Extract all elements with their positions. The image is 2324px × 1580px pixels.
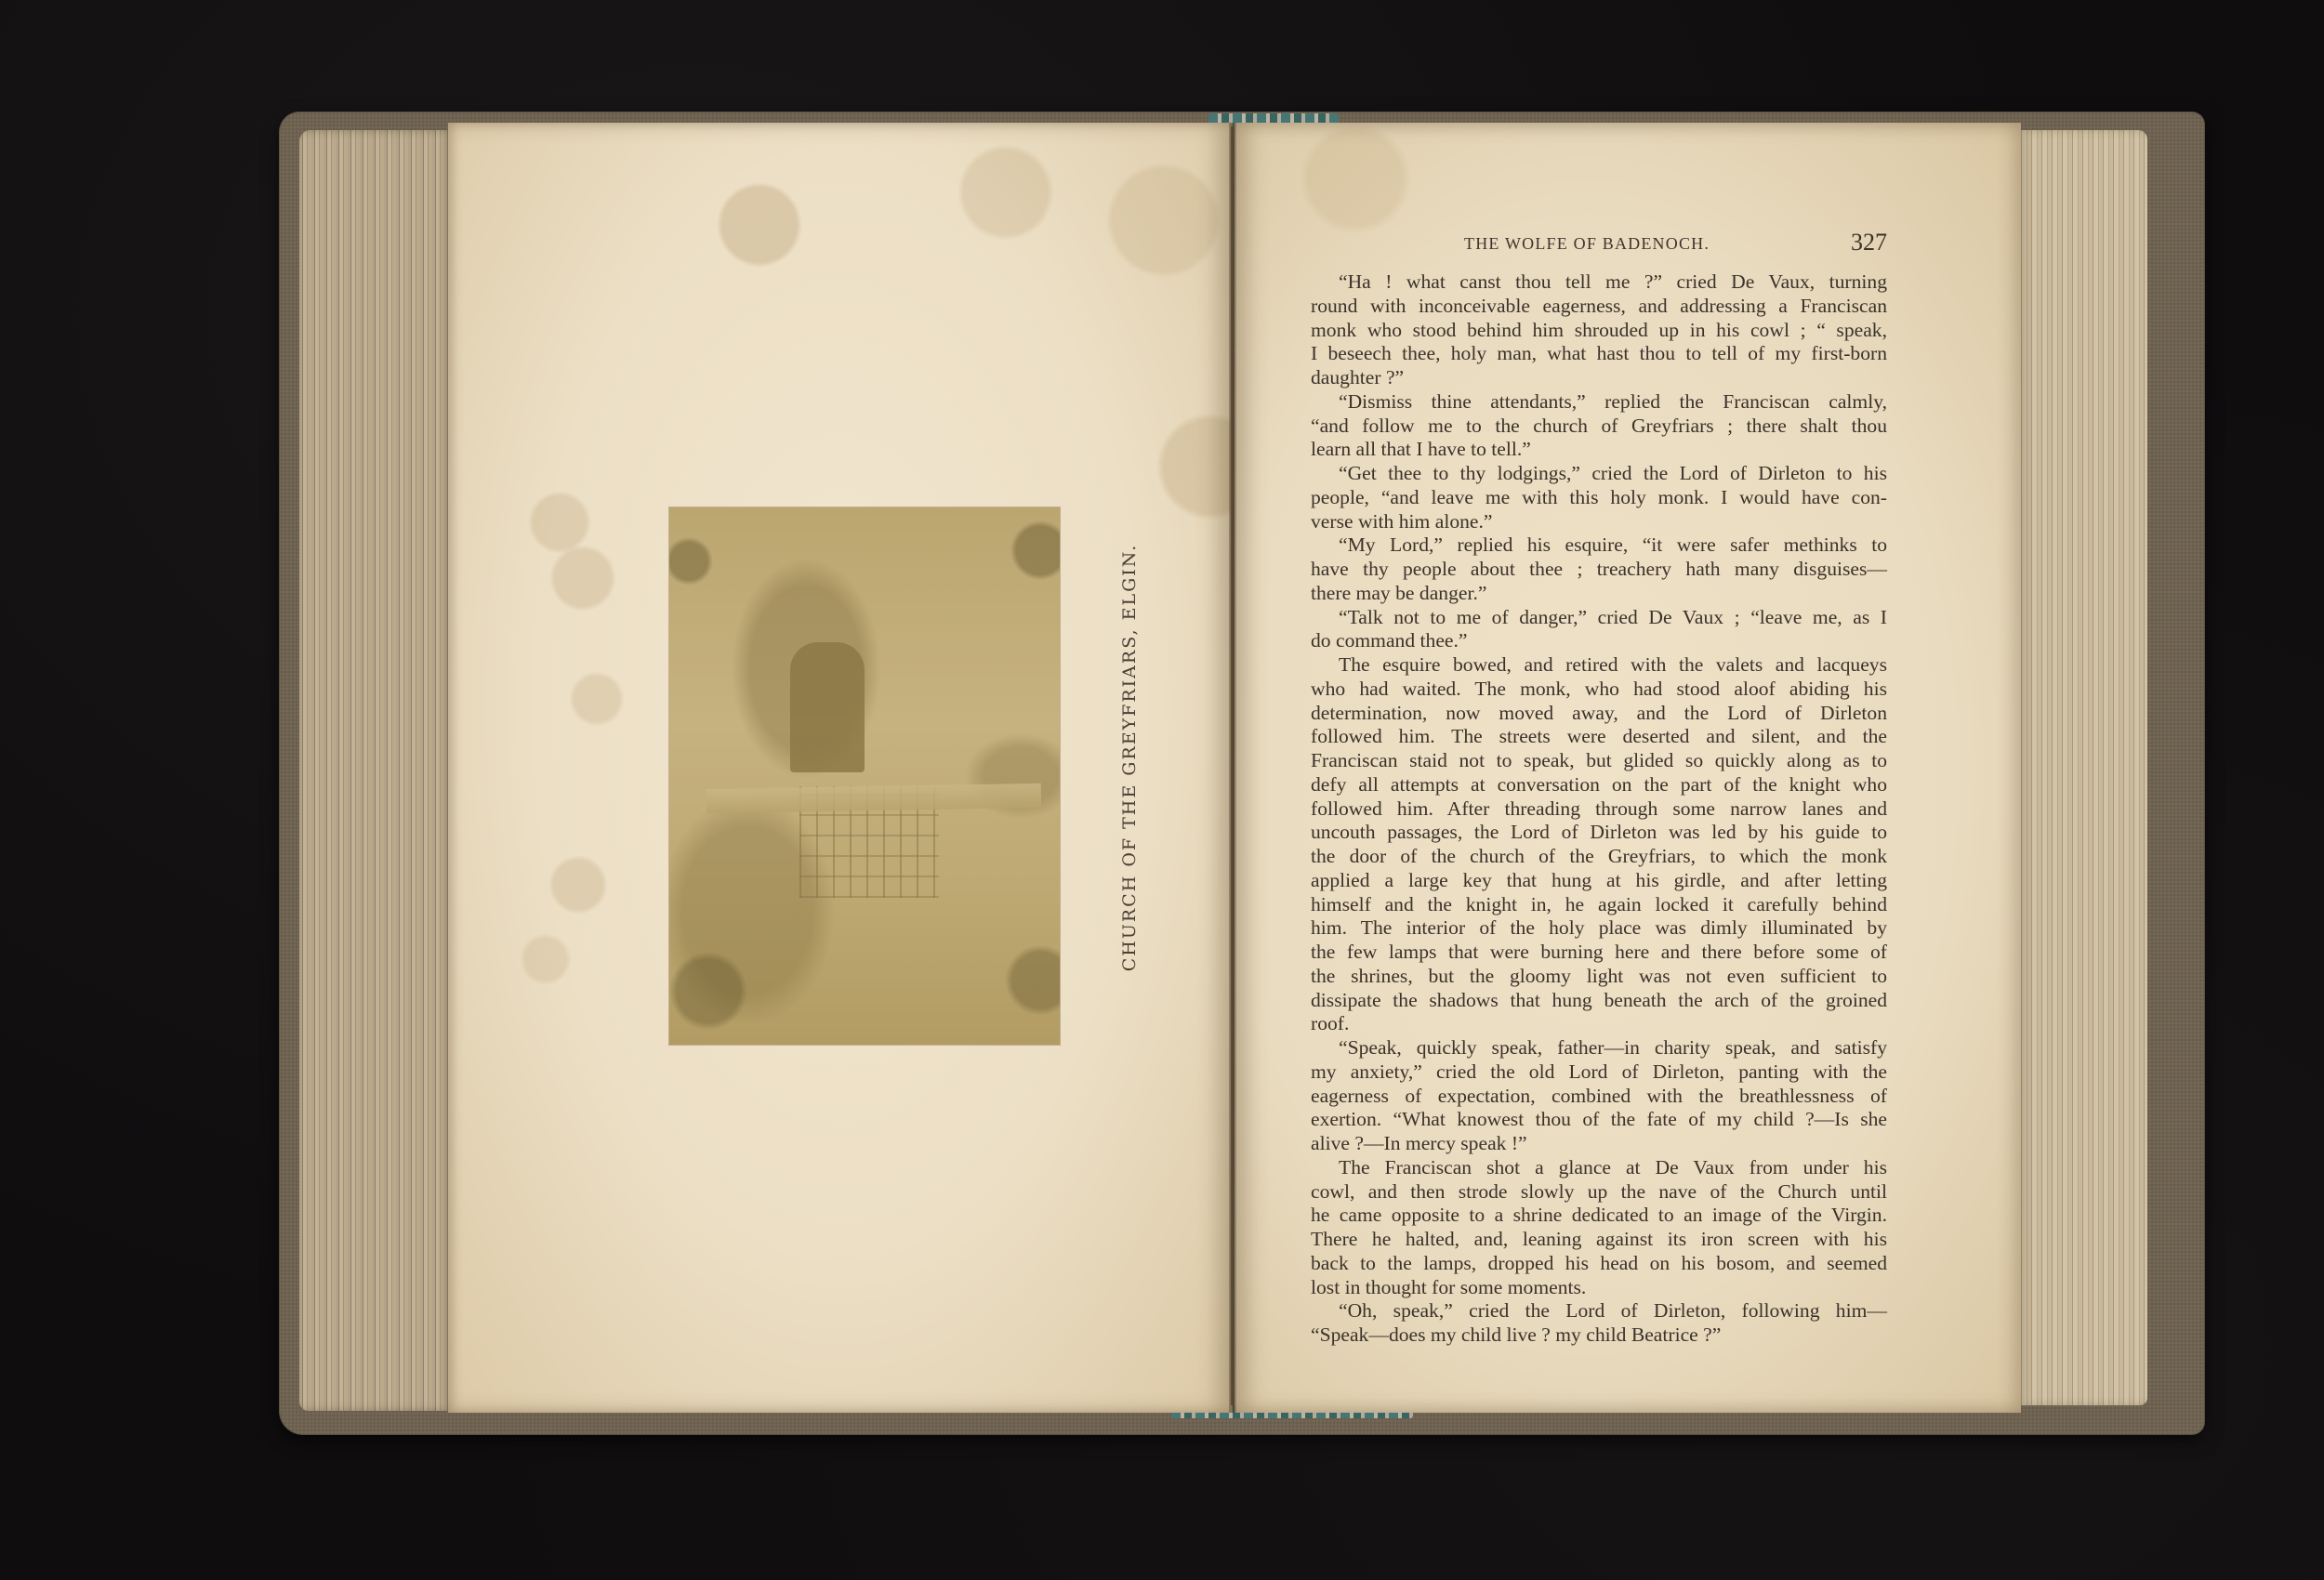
text-line: do command thee.” bbox=[1311, 629, 1887, 653]
text-line: “and follow me to the church of Greyfria… bbox=[1311, 415, 1887, 439]
text-line: “Talk not to me of danger,” cried De Vau… bbox=[1311, 606, 1887, 630]
text-line: monk who stood behind him shrouded up in… bbox=[1311, 319, 1887, 343]
right-page-block-edges bbox=[2017, 130, 2147, 1405]
running-head: THE WOLFE OF BADENOCH. 327 bbox=[1311, 230, 1887, 258]
text-line: verse with him alone.” bbox=[1311, 510, 1887, 534]
text-line: “Dismiss thine attendants,” replied the … bbox=[1311, 390, 1887, 415]
text-line: back to the lamps, dropped his head on h… bbox=[1311, 1252, 1887, 1276]
photo-arched-window bbox=[790, 642, 865, 772]
text-line: followed him. The streets were deserted … bbox=[1311, 725, 1887, 749]
text-line: lost in thought for some moments. bbox=[1311, 1276, 1887, 1300]
plate-caption-text: CHURCH OF THE GREYFRIARS, ELGIN. bbox=[1119, 544, 1140, 971]
text-line: “My Lord,” replied his esquire, “it were… bbox=[1311, 533, 1887, 558]
text-line: alive ?—In mercy speak !” bbox=[1311, 1132, 1887, 1156]
text-line: he came opposite to a shrine dedicated t… bbox=[1311, 1204, 1887, 1228]
text-line: determination, now moved away, and the L… bbox=[1311, 702, 1887, 726]
text-line: Franciscan staid not to speak, but glide… bbox=[1311, 749, 1887, 773]
text-line: applied a large key that hung at his gir… bbox=[1311, 869, 1887, 893]
text-line: round with inconceivable eagerness, and … bbox=[1311, 295, 1887, 319]
photo-foliage bbox=[669, 507, 1060, 1045]
text-line: There he halted, and, leaning against it… bbox=[1311, 1228, 1887, 1252]
text-line: uncouth passages, the Lord of Dirleton w… bbox=[1311, 821, 1887, 845]
text-line: the shrines, but the gloomy light was no… bbox=[1311, 965, 1887, 989]
text-line: the door of the church of the Greyfriars… bbox=[1311, 845, 1887, 869]
text-line: learn all that I have to tell.” bbox=[1311, 438, 1887, 462]
text-line: the few lamps that were burning here and… bbox=[1311, 941, 1887, 965]
text-line: eagerness of expectation, combined with … bbox=[1311, 1085, 1887, 1109]
text-line: “Speak, quickly speak, father—in charity… bbox=[1311, 1036, 1887, 1060]
text-line: him. The interior of the holy place was … bbox=[1311, 916, 1887, 941]
text-line: followed him. After threading through so… bbox=[1311, 797, 1887, 822]
text-line: roof. bbox=[1311, 1012, 1887, 1036]
text-line: The Franciscan shot a glance at De Vaux … bbox=[1311, 1156, 1887, 1180]
left-page-block-edges bbox=[299, 130, 454, 1411]
text-line: “Oh, speak,” cried the Lord of Dirleton,… bbox=[1311, 1299, 1887, 1323]
plate-photograph bbox=[669, 507, 1060, 1045]
text-line: “Ha ! what canst thou tell me ?” cried D… bbox=[1311, 270, 1887, 295]
text-line: my anxiety,” cried the old Lord of Dirle… bbox=[1311, 1060, 1887, 1085]
text-line: who had waited. The monk, who had stood … bbox=[1311, 678, 1887, 702]
running-head-title: THE WOLFE OF BADENOCH. bbox=[1464, 234, 1710, 254]
page-number: 327 bbox=[1851, 229, 1887, 257]
body-text: “Ha ! what canst thou tell me ?” cried D… bbox=[1311, 270, 1887, 1348]
text-line: have thy people about thee ; treachery h… bbox=[1311, 558, 1887, 582]
text-line: people, “and leave me with this holy mon… bbox=[1311, 486, 1887, 510]
text-line: daughter ?” bbox=[1311, 366, 1887, 390]
text-line: himself and the knight in, he again lock… bbox=[1311, 893, 1887, 917]
text-line: defy all attempts at conversation on the… bbox=[1311, 773, 1887, 797]
text-line: exertion. “What knowest thou of the fate… bbox=[1311, 1108, 1887, 1132]
text-line: dissipate the shadows that hung beneath … bbox=[1311, 989, 1887, 1013]
book-gutter bbox=[1229, 123, 1236, 1413]
text-line: there may be danger.” bbox=[1311, 582, 1887, 606]
text-line: The esquire bowed, and retired with the … bbox=[1311, 653, 1887, 678]
plate-caption: CHURCH OF THE GREYFRIARS, ELGIN. bbox=[1111, 548, 1148, 967]
text-line: “Get thee to thy lodgings,” cried the Lo… bbox=[1311, 462, 1887, 486]
text-line: I beseech thee, holy man, what hast thou… bbox=[1311, 342, 1887, 366]
text-line: cowl, and then strode slowly up the nave… bbox=[1311, 1180, 1887, 1205]
text-line: “Speak—does my child live ? my child Bea… bbox=[1311, 1323, 1887, 1348]
